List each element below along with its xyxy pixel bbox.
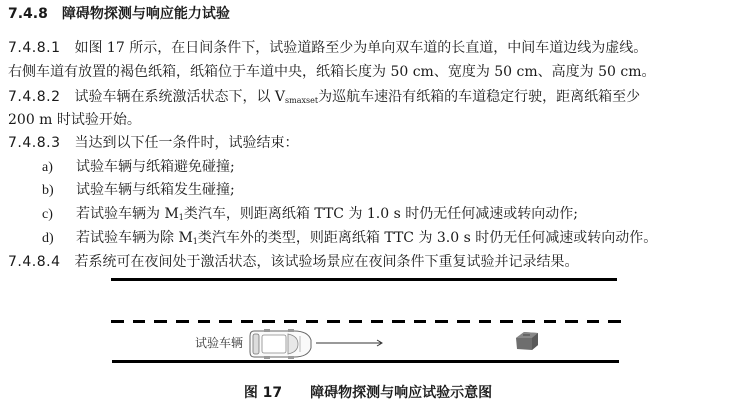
direction-arrow-icon [315, 338, 385, 348]
item-label: b) [42, 181, 76, 201]
clause-7-4-8-4: 7.4.8.4若系统可在夜间处于激活状态，该试验场景应在夜间条件下重复试验并记录… [8, 252, 578, 272]
vehicle-label: 试验车辆 [195, 334, 243, 351]
clause-7-4-8-1-line1: 7.4.8.1如图 17 所示，在日间条件下，试验道路至少为单向双车道的长直道，… [8, 38, 647, 58]
item-label: d) [42, 229, 76, 249]
item-label: a) [42, 158, 76, 178]
clause-7-4-8-2-line2: 200 m 时试验开始。 [8, 110, 141, 130]
clause-text: 若系统可在夜间处于激活状态，该试验场景应在夜间条件下重复试验并记录结果。 [74, 254, 578, 270]
list-item-c: c)若试验车辆为 M1类汽车，则距离纸箱 TTC 为 1.0 s 时仍无任何减速… [42, 204, 578, 228]
item-text: 试验车辆与纸箱发生碰撞; [76, 182, 235, 198]
clause-text: 为巡航车速沿有纸箱的车道稳定行驶，距离纸箱至少 [318, 89, 640, 105]
car-icon [248, 328, 314, 360]
lane-divider-dashed [111, 320, 621, 323]
section-title: 障碍物探测与响应能力试验 [62, 6, 230, 22]
clause-text: 右侧车道有放置的褐色纸箱，纸箱位于车道中央，纸箱长度为 50 cm、宽度为 50… [8, 64, 656, 80]
speed-subscript: smaxset [285, 96, 318, 105]
section-number: 7.4.8 [8, 6, 48, 22]
item-text: 类汽车外的类型，则距离纸箱 TTC 为 3.0 s 时仍无任何减速或转向动作。 [198, 230, 657, 246]
clause-number: 7.4.8.3 [8, 135, 60, 151]
road-edge-bottom [112, 360, 619, 363]
clause-text: 试验车辆在系统激活状态下，以 V [74, 89, 285, 105]
section-heading: 7.4.8障碍物探测与响应能力试验 [8, 4, 230, 24]
figure-number: 图 17 [244, 385, 282, 401]
clause-7-4-8-2-line1: 7.4.8.2试验车辆在系统激活状态下，以 Vsmaxset为巡航车速沿有纸箱的… [8, 87, 640, 111]
clause-text: 如图 17 所示，在日间条件下，试验道路至少为单向双车道的长直道，中间车道边线为… [74, 40, 647, 56]
clause-7-4-8-3: 7.4.8.3当达到以下任一条件时，试验结束： [8, 133, 298, 153]
road-edge-top [111, 278, 617, 281]
item-text: 试验车辆与纸箱避免碰撞; [76, 159, 235, 175]
cardboard-box-icon [514, 330, 540, 352]
item-text: 若试验车辆为 M [76, 206, 179, 222]
clause-text: 200 m 时试验开始。 [8, 112, 141, 128]
clause-number: 7.4.8.2 [8, 89, 60, 105]
item-text: 类汽车，则距离纸箱 TTC 为 1.0 s 时仍无任何减速或转向动作; [184, 206, 578, 222]
list-item-d: d)若试验车辆为除 M1类汽车外的类型，则距离纸箱 TTC 为 3.0 s 时仍… [42, 228, 657, 252]
clause-7-4-8-1-line2: 右侧车道有放置的褐色纸箱，纸箱位于车道中央，纸箱长度为 50 cm、宽度为 50… [8, 62, 656, 82]
figure-title: 障碍物探测与响应试验示意图 [310, 385, 492, 401]
figure-caption: 图 17障碍物探测与响应试验示意图 [0, 382, 736, 402]
clause-number: 7.4.8.1 [8, 40, 60, 56]
item-text: 若试验车辆为除 M [76, 230, 193, 246]
clause-text: 当达到以下任一条件时，试验结束： [74, 135, 298, 151]
clause-number: 7.4.8.4 [8, 254, 60, 270]
item-label: c) [42, 205, 76, 225]
list-item-b: b)试验车辆与纸箱发生碰撞; [42, 180, 235, 201]
list-item-a: a)试验车辆与纸箱避免碰撞; [42, 157, 235, 178]
